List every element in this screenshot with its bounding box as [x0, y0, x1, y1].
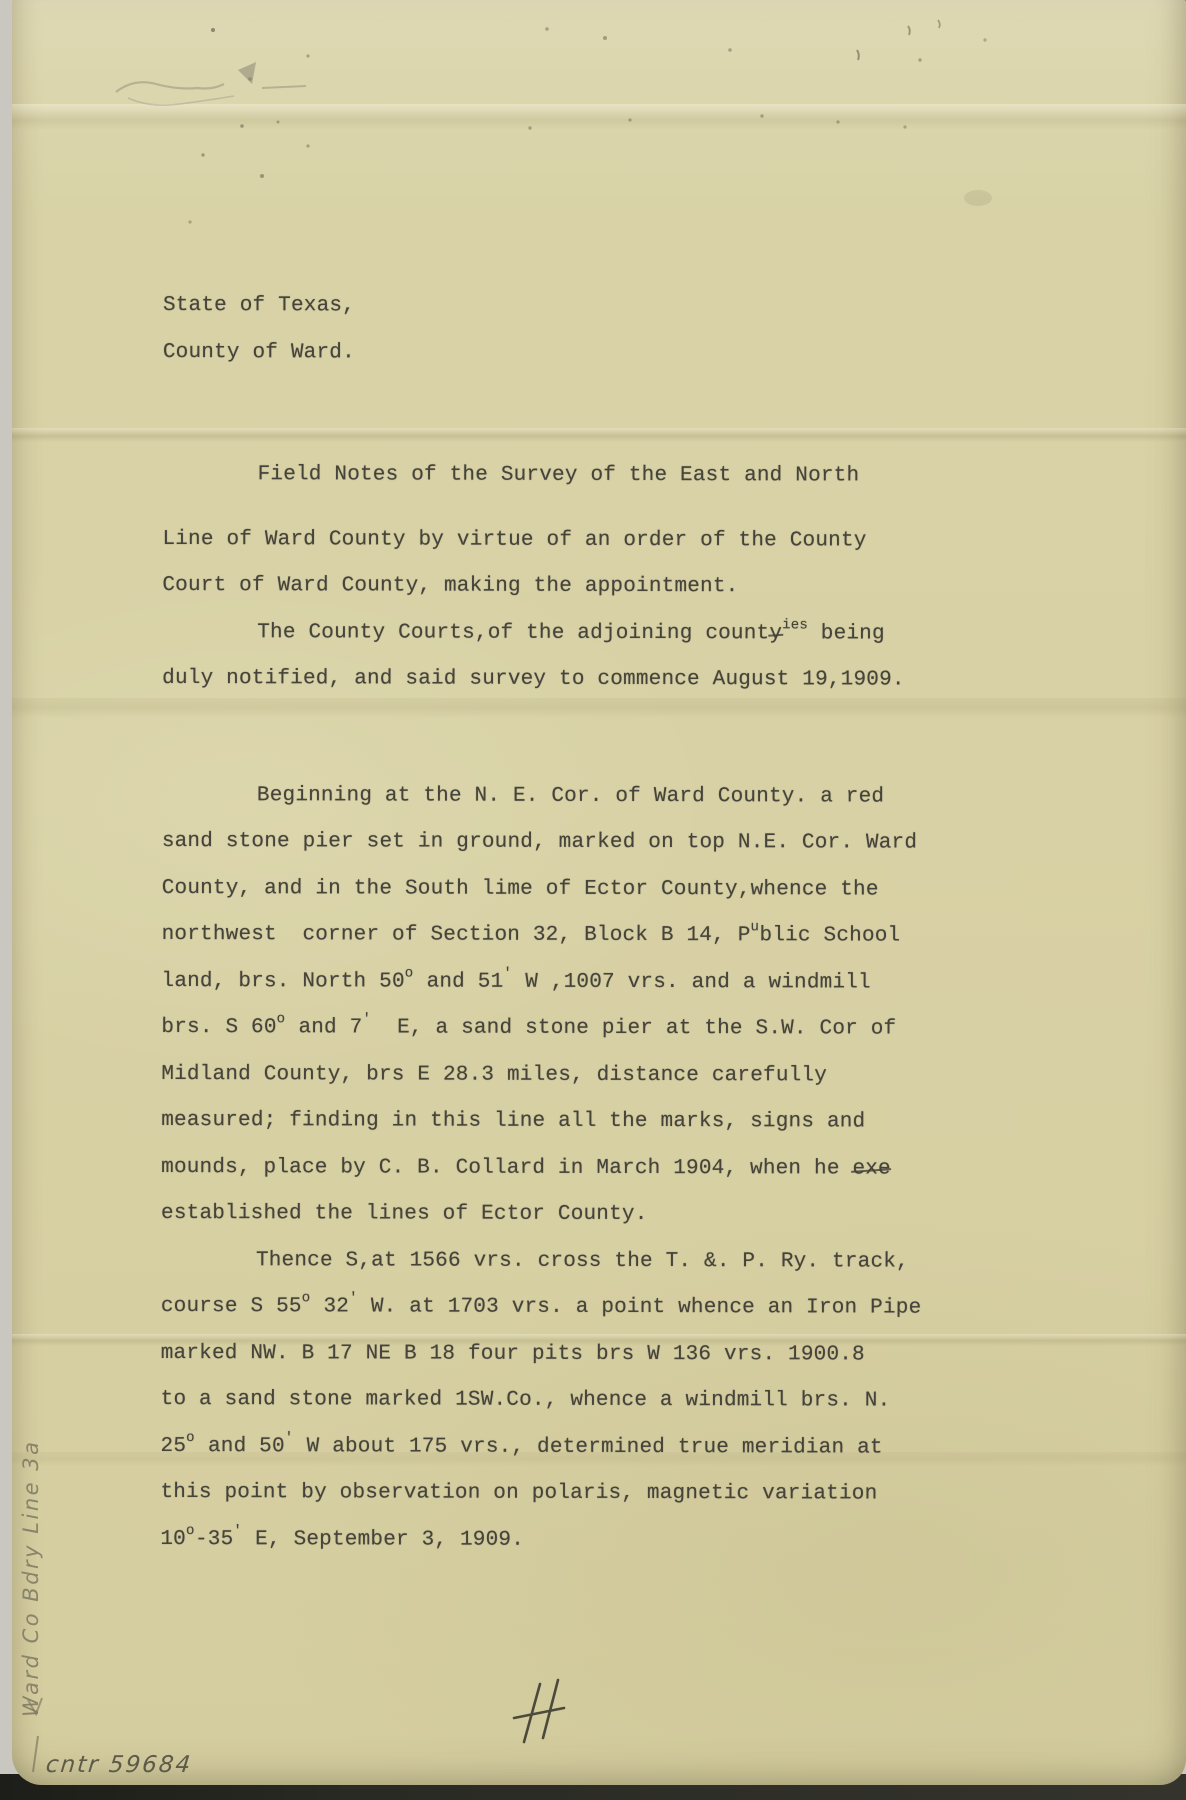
- document-line: duly notified, and said survey to commen…: [162, 656, 992, 704]
- document-line: course S 55o 32' W. at 1703 vrs. a point…: [161, 1284, 991, 1332]
- document-line: sand stone pier set in ground, marked on…: [162, 819, 992, 867]
- document-line: 10o-35' E, September 3, 1909.: [160, 1516, 990, 1564]
- document-line: Line of Ward County by virtue of an orde…: [162, 516, 992, 564]
- paragraph-body: Beginning at the N. E. Cor. of Ward Coun…: [160, 772, 992, 1564]
- document-line: northwest corner of Section 32, Block B …: [162, 912, 992, 960]
- document-line: Beginning at the N. E. Cor. of Ward Coun…: [162, 772, 992, 820]
- document-line: Midland County, brs E 28.3 miles, distan…: [161, 1051, 991, 1099]
- document-line: County of Ward.: [163, 329, 993, 377]
- document-line: State of Texas,: [163, 283, 993, 331]
- document-line: The County Courts,of the adjoining count…: [162, 609, 992, 657]
- document-line: mounds, place by C. B. Collard in March …: [161, 1144, 991, 1192]
- archive-number-annotation: cntr 59684: [45, 1752, 194, 1778]
- document-line: 25o and 50' W about 175 vrs., determined…: [161, 1423, 991, 1471]
- document-line: this point by observation on polaris, ma…: [160, 1470, 990, 1518]
- paragraph-intro: Line of Ward County by virtue of an orde…: [162, 516, 992, 704]
- document-line: Thence S,at 1566 vrs. cross the T. &. P.…: [161, 1237, 991, 1285]
- scanned-document-page: State of Texas,County of Ward.Field Note…: [0, 0, 1186, 1800]
- document-line: Field Notes of the Survey of the East an…: [163, 452, 993, 500]
- document-line: established the lines of Ector County.: [161, 1191, 991, 1239]
- paragraph-title: Field Notes of the Survey of the East an…: [163, 452, 993, 500]
- document-line: brs. S 60o and 7' E, a sand stone pier a…: [161, 1005, 991, 1053]
- document-line: County, and in the South lime of Ector C…: [162, 865, 992, 913]
- typed-text-body: State of Texas,County of Ward.Field Note…: [160, 283, 993, 1565]
- document-line: marked NW. B 17 NE B 18 four pits brs W …: [161, 1330, 991, 1378]
- document-line: measured; finding in this line all the m…: [161, 1098, 991, 1146]
- document-line: Court of Ward County, making the appoint…: [162, 563, 992, 611]
- document-line: land, brs. North 50o and 51' W ,1007 vrs…: [161, 958, 991, 1006]
- paragraph-heading: State of Texas,County of Ward.: [163, 283, 993, 378]
- margin-annotation-vertical: Ward Co Bdry Line 3a: [19, 1275, 51, 1717]
